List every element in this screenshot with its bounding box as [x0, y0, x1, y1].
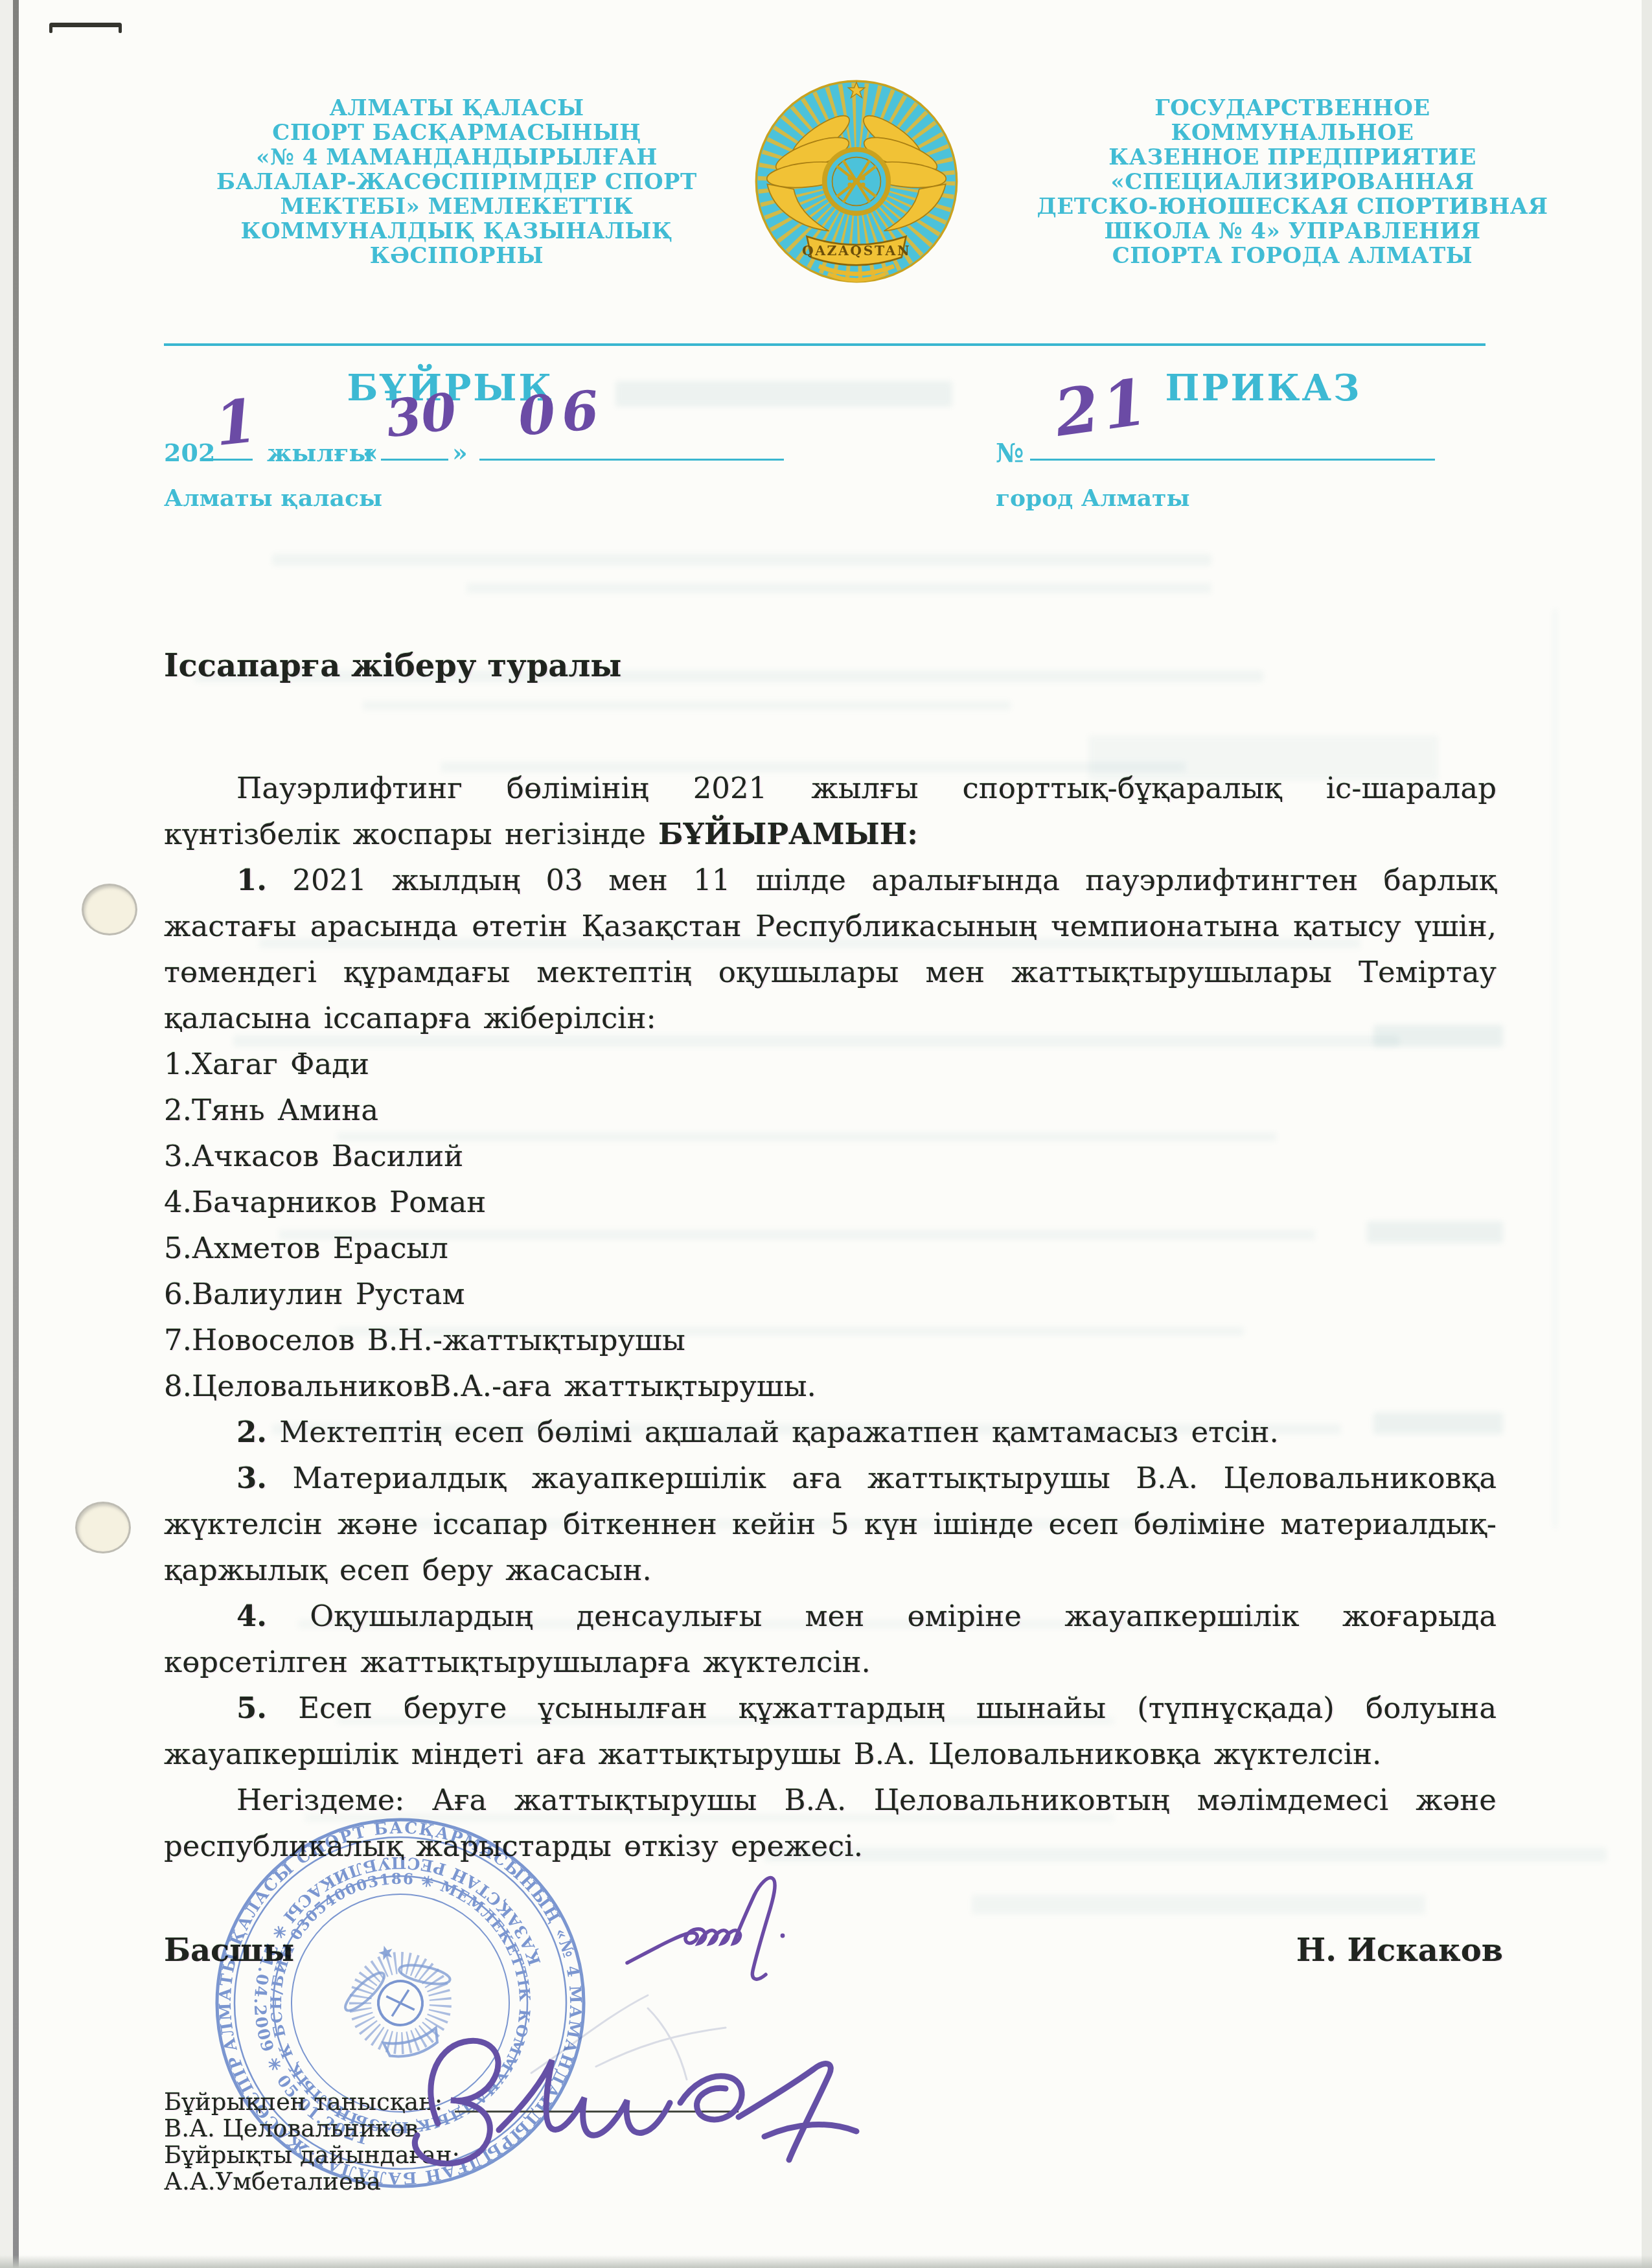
date-middle: жылғы: [267, 438, 374, 467]
paragraph-6-text: Есеп беруге ұсынылған құжаттардың шынайы…: [164, 1691, 1497, 1771]
place-russian: город Алматы: [996, 485, 1189, 512]
list-item: 7.Новоселов В.Н.-жаттықтырушы: [164, 1317, 1497, 1363]
corner-mark: [49, 23, 122, 27]
scan-edge-right: [1642, 0, 1652, 2268]
handwritten-month: 06: [516, 378, 608, 448]
letterhead-line: КӘСІПОРНЫ: [175, 244, 739, 268]
letterhead-line: МЕКТЕБІ» МЕМЛЕКЕТТІК: [175, 194, 739, 219]
emblem-banner-text: QAZAQSTAN: [802, 243, 911, 258]
paragraph-5-text: Оқушылардың денсаулығы мен өміріне жауап…: [164, 1599, 1497, 1679]
handwritten-year: 1: [212, 385, 260, 459]
paragraph-6: 5. Есеп беруге ұсынылған құжаттардың шын…: [164, 1685, 1497, 1777]
quote-open: «: [363, 438, 378, 467]
place-kazakh: Алматы қаласы: [164, 485, 382, 512]
paragraph-3-text: Мектептің есеп бөлімі ақшалай қаражатпен…: [267, 1415, 1279, 1449]
handwritten-number: 21: [1050, 364, 1156, 452]
scan-edge-left: [0, 0, 13, 2268]
quote-close: »: [452, 438, 468, 467]
item-number: 3.: [236, 1461, 267, 1495]
letterhead-line: «СПЕЦИАЛИЗИРОВАННАЯ: [1011, 170, 1574, 194]
travelers-list: 1.Хагаг Фади 2.Тянь Амина 3.Ачкасов Васи…: [164, 1041, 1497, 1409]
corner-mark-stub: [119, 25, 122, 33]
list-item: 1.Хагаг Фади: [164, 1041, 1497, 1087]
letterhead-line: ДЕТСКО-ЮНОШЕСКАЯ СПОРТИВНАЯ: [1011, 194, 1574, 219]
letterhead-kazakh: АЛМАТЫ ҚАЛАСЫ СПОРТ БАСҚАРМАСЫНЫҢ «№ 4 М…: [175, 96, 739, 268]
header-divider: [164, 343, 1486, 346]
letterhead-line: СПОРТА ГОРОДА АЛМАТЫ: [1011, 244, 1574, 268]
paragraph-5: 4. Оқушылардың денсаулығы мен өміріне жа…: [164, 1593, 1497, 1685]
letterhead-line: БАЛАЛАР-ЖАСӨСПІРІМДЕР СПОРТ: [175, 170, 739, 194]
bleed-through-smudge: [466, 583, 1211, 593]
letterhead-line: КАЗЕННОЕ ПРЕДПРИЯТИЕ: [1011, 145, 1574, 170]
paragraph-3: 2. Мектептің есеп бөлімі ақшалай қаражат…: [164, 1409, 1497, 1455]
list-item: 4.Бачарников Роман: [164, 1179, 1497, 1225]
list-item: 3.Ачкасов Василий: [164, 1133, 1497, 1179]
date-year-blank: [202, 459, 253, 461]
list-item: 5.Ахметов Ерасыл: [164, 1225, 1497, 1271]
bleed-through-smudge: [615, 381, 952, 407]
list-item: 6.Валиулин Рустам: [164, 1271, 1497, 1317]
signer-name: Н. Искаков: [1296, 1932, 1503, 1969]
handwritten-day: 30: [383, 382, 460, 450]
order-body: Пауэрлифтинг бөлімінің 2021 жылғы спортт…: [164, 765, 1497, 1869]
scan-edge-bottom: [0, 2255, 1652, 2268]
punch-hole: [82, 884, 137, 935]
scanned-order-document: АЛМАТЫ ҚАЛАСЫ СПОРТ БАСҚАРМАСЫНЫҢ «№ 4 М…: [0, 0, 1652, 2268]
list-item: 8.ЦеловальниковВ.А.-аға жаттықтырушы.: [164, 1363, 1497, 1409]
paragraph-2-text: 2021 жылдың 03 мен 11 шілде аралығында п…: [164, 863, 1497, 1035]
date-prefix: 202: [164, 438, 215, 467]
letterhead-line: «№ 4 МАМАНДАНДЫРЫЛҒАН: [175, 145, 739, 170]
item-number: 2.: [236, 1415, 267, 1449]
paragraph-1: Пауэрлифтинг бөлімінің 2021 жылғы спортт…: [164, 765, 1497, 857]
trainer-signature: [376, 2026, 907, 2182]
bleed-through-smudge: [363, 701, 1011, 710]
letterhead-line: АЛМАТЫ ҚАЛАСЫ: [175, 96, 739, 120]
order-verb: БҰЙЫРАМЫН:: [658, 817, 918, 851]
letterhead-line: ГОСУДАРСТВЕННОЕ: [1011, 96, 1574, 120]
bleed-through-smudge: [1554, 609, 1557, 1529]
letterhead-line: ШКОЛА № 4» УПРАВЛЕНИЯ: [1011, 219, 1574, 244]
item-number: 5.: [236, 1691, 267, 1725]
corner-mark-stub: [49, 25, 52, 33]
bleed-through-smudge: [272, 554, 1211, 566]
letterhead-russian: ГОСУДАРСТВЕННОЕ КОММУНАЛЬНОЕ КАЗЕННОЕ ПР…: [1011, 96, 1574, 268]
letterhead-line: КОММУНАЛДЫҚ ҚАЗЫНАЛЫҚ: [175, 219, 739, 244]
date-day-blank: [381, 459, 448, 461]
paragraph-4-text: Материалдық жауапкершілік аға жаттықтыру…: [164, 1461, 1497, 1587]
list-item: 2.Тянь Амина: [164, 1087, 1497, 1133]
punch-hole: [75, 1502, 131, 1553]
item-number: 1.: [236, 863, 267, 897]
date-month-blank: [479, 459, 784, 461]
order-subject: Іссапарға жіберу туралы: [164, 648, 621, 684]
letterhead-line: СПОРТ БАСҚАРМАСЫНЫҢ: [175, 120, 739, 145]
item-number: 4.: [236, 1599, 267, 1633]
paragraph-2: 1. 2021 жылдың 03 мен 11 шілде аралығынд…: [164, 857, 1497, 1041]
number-sign: №: [996, 438, 1024, 468]
paragraph-4: 3. Материалдық жауапкершілік аға жаттықт…: [164, 1455, 1497, 1593]
scan-edge-shadow: [13, 0, 19, 2268]
kazakhstan-coat-of-arms-icon: QAZAQSTAN: [746, 71, 967, 292]
bleed-through-smudge: [972, 1895, 1425, 1914]
letterhead-line: КОММУНАЛЬНОЕ: [1011, 120, 1574, 145]
number-blank: [1030, 459, 1435, 461]
